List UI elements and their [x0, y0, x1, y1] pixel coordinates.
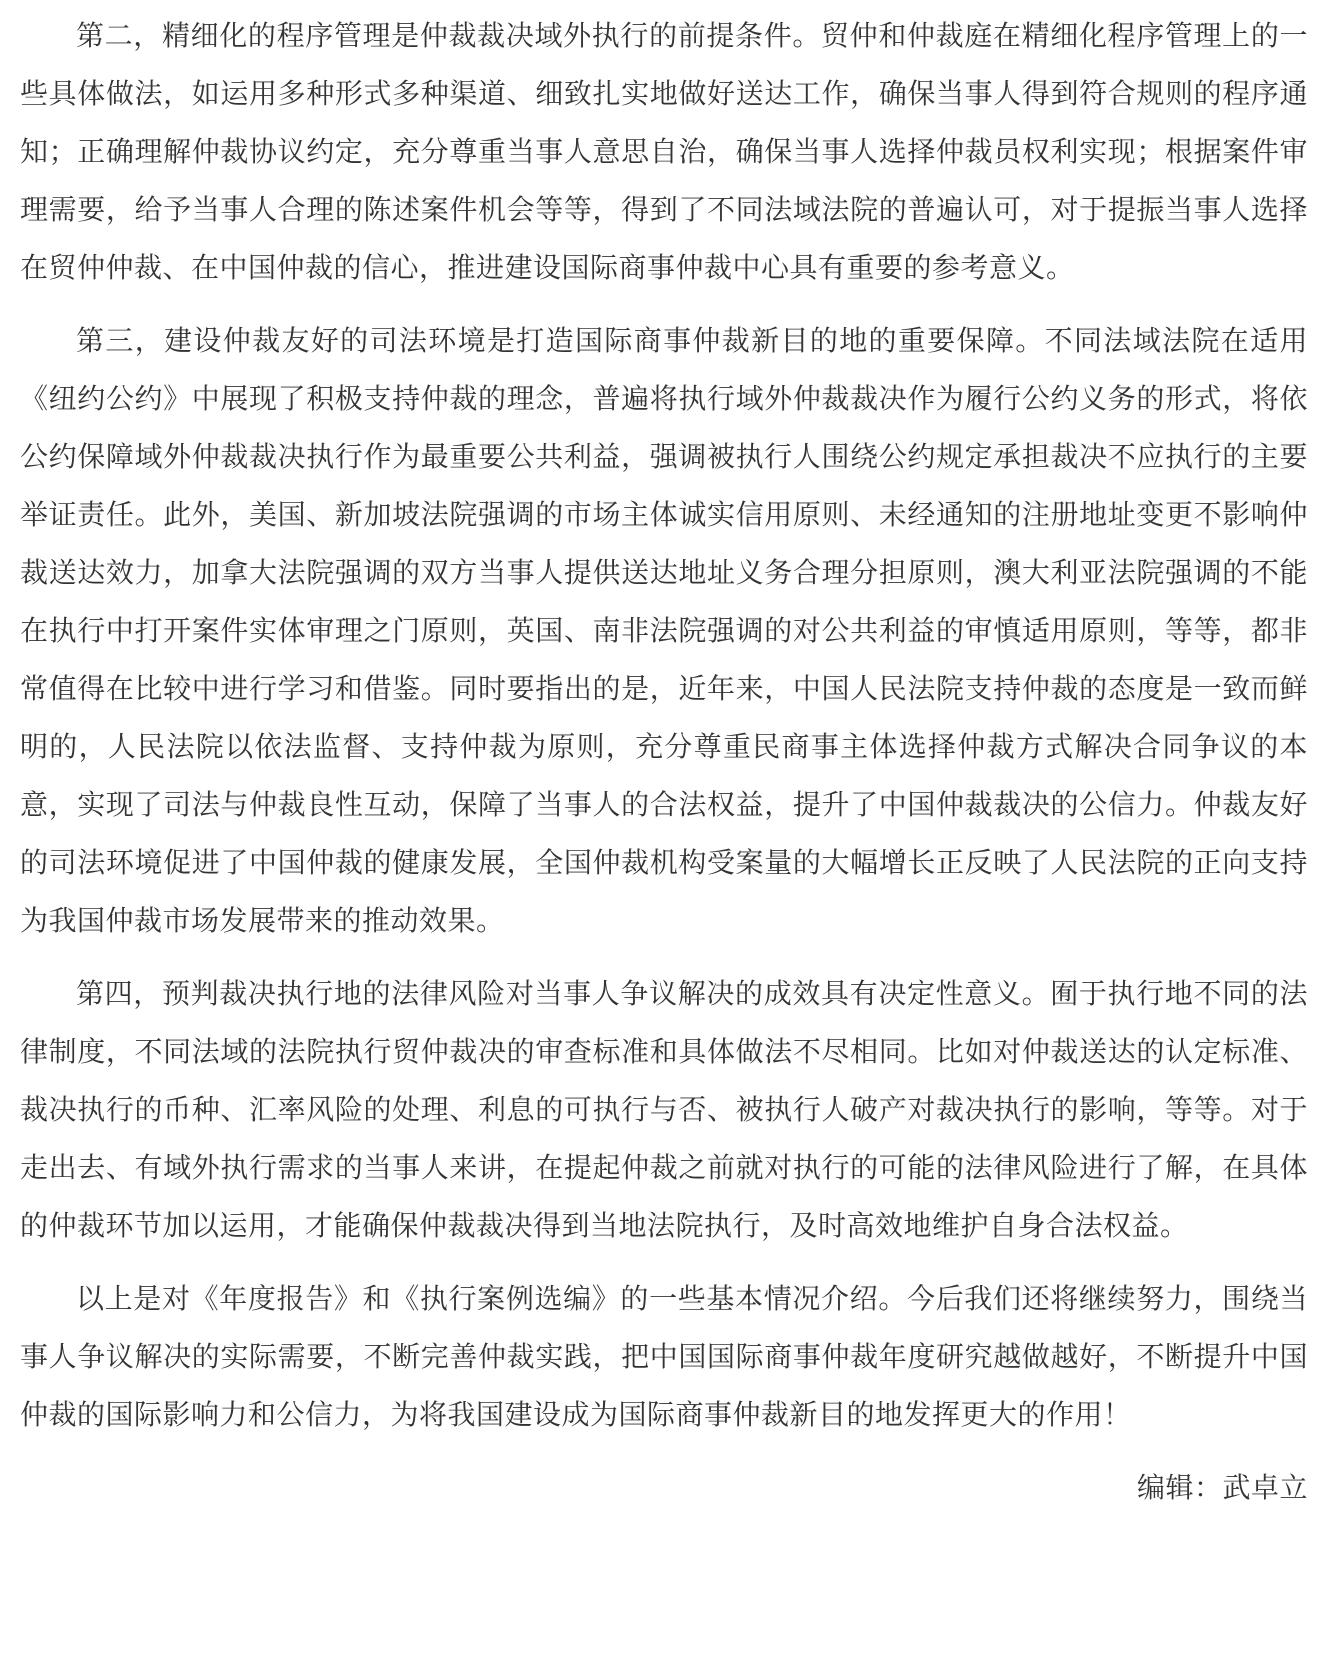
article-page: 第二，精细化的程序管理是仲裁裁决域外执行的前提条件。贸仲和仲裁庭在精细化程序管理…: [0, 0, 1331, 1673]
paragraph-second-point: 第二，精细化的程序管理是仲裁裁决域外执行的前提条件。贸仲和仲裁庭在精细化程序管理…: [20, 7, 1308, 297]
paragraph-third-point: 第三，建设仲裁友好的司法环境是打造国际商事仲裁新目的地的重要保障。不同法域法院在…: [20, 312, 1308, 950]
paragraph-closing: 以上是对《年度报告》和《执行案例选编》的一些基本情况介绍。今后我们还将继续努力，…: [20, 1270, 1308, 1444]
paragraph-fourth-point: 第四，预判裁决执行地的法律风险对当事人争议解决的成效具有决定性意义。囿于执行地不…: [20, 965, 1308, 1255]
editor-credit: 编辑：武卓立: [20, 1459, 1308, 1517]
